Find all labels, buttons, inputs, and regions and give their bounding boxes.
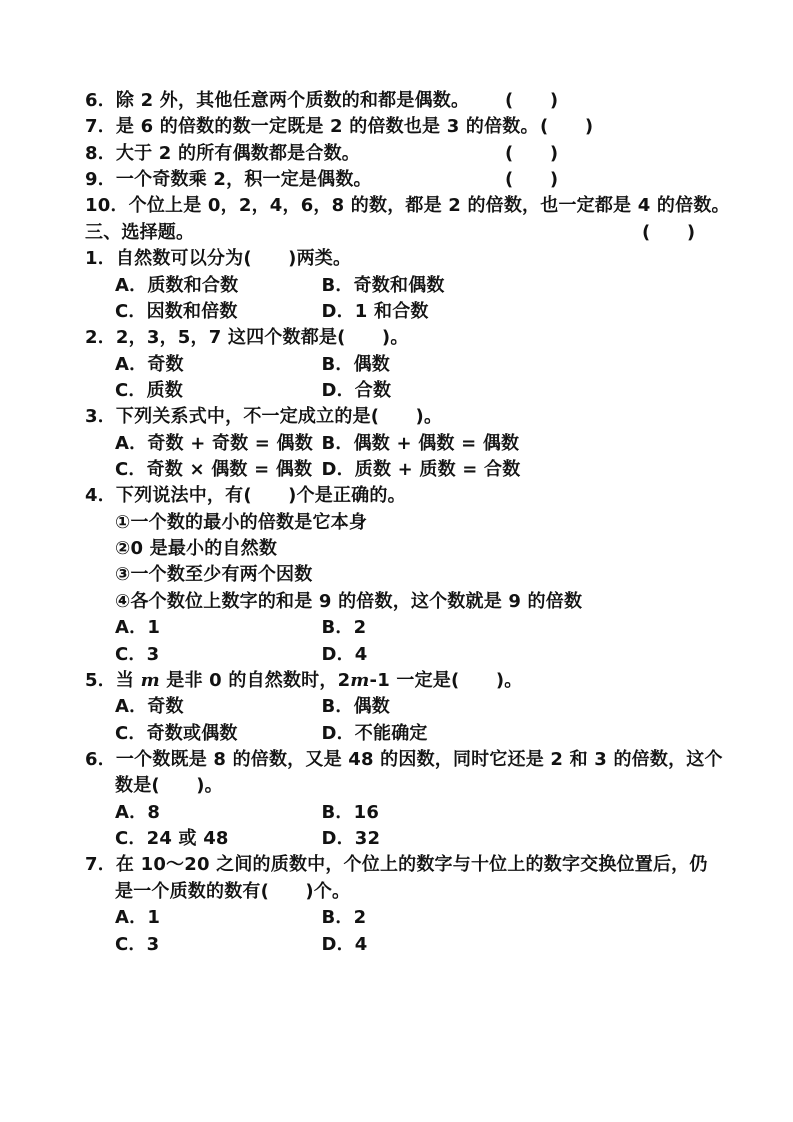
judge-question-7-answer-blank: ( ) <box>540 114 593 140</box>
judge-question-7: 7．是 6 的倍数的数一定既是 2 的倍数也是 3 的倍数。 ( ) <box>85 114 710 140</box>
option-a: A．奇数 <box>115 694 315 720</box>
choice-question-5-options-cd: C．奇数或偶数 D．不能确定 <box>85 721 710 747</box>
option-d: D．32 <box>321 828 380 849</box>
option-b: B．偶数 <box>321 696 390 717</box>
choice-question-1-options-cd: C．因数和倍数 D．1 和合数 <box>85 299 710 325</box>
option-d: D．合数 <box>321 380 391 401</box>
choice-question-2-stem-text: 2．2，3，5，7 这四个数都是( )。 <box>85 327 409 348</box>
judge-question-9-text: 9．一个奇数乘 2，积一定是偶数。 <box>85 169 372 190</box>
choice-question-4-options-ab: A．1 B．2 <box>85 615 710 641</box>
option-a: A．8 <box>115 800 315 826</box>
option-b: B．偶数 <box>321 354 390 375</box>
option-d: D．4 <box>321 644 367 665</box>
statement-3-text: ③一个数至少有两个因数 <box>115 564 312 585</box>
option-b: B．2 <box>321 617 366 638</box>
option-c: C．3 <box>115 642 315 668</box>
choice-question-5-stem-mid: 是非 0 的自然数时，2 <box>160 670 350 691</box>
choice-question-3-options-cd: C．奇数 × 偶数 = 偶数 D．质数 + 质数 = 合数 <box>85 457 710 483</box>
section-3-title: 三、选择题。 <box>85 220 710 246</box>
judge-question-9: 9．一个奇数乘 2，积一定是偶数。 ( ) <box>85 167 710 193</box>
option-c: C．24 或 48 <box>115 826 315 852</box>
option-a: A．1 <box>115 905 315 931</box>
choice-question-5-options-ab: A．奇数 B．偶数 <box>85 694 710 720</box>
choice-question-3-stem: 3．下列关系式中，不一定成立的是( )。 <box>85 404 710 430</box>
choice-question-6-options-ab: A．8 B．16 <box>85 800 710 826</box>
choice-question-2-options-cd: C．质数 D．合数 <box>85 378 710 404</box>
option-c: C．3 <box>115 932 315 958</box>
choice-question-1-stem-text: 1．自然数可以分为( )两类。 <box>85 248 351 269</box>
option-c: C．奇数 × 偶数 = 偶数 <box>115 457 315 483</box>
choice-question-7-options-cd: C．3 D．4 <box>85 932 710 958</box>
choice-question-6-stem-text-1: 6．一个数既是 8 的倍数，又是 48 的因数，同时它还是 2 和 3 的倍数，… <box>85 749 723 770</box>
option-a: A．1 <box>115 615 315 641</box>
option-d: D．不能确定 <box>321 723 427 744</box>
choice-question-6-stem-line2: 数是( )。 <box>85 773 710 799</box>
choice-question-5-stem-pre: 5．当 <box>85 670 141 691</box>
option-d: D．质数 + 质数 = 合数 <box>321 459 520 480</box>
choice-question-6-options-cd: C．24 或 48 D．32 <box>85 826 710 852</box>
option-b: B．2 <box>321 907 366 928</box>
option-c: C．因数和倍数 <box>115 299 315 325</box>
choice-question-4-statement-2: ②0 是最小的自然数 <box>85 536 710 562</box>
statement-2-text: ②0 是最小的自然数 <box>115 538 277 559</box>
statement-4-text: ④各个数位上数字的和是 9 的倍数，这个数就是 9 的倍数 <box>115 591 582 612</box>
choice-question-4-stem-text: 4．下列说法中，有( )个是正确的。 <box>85 485 406 506</box>
choice-question-5-stem-post: -1 一定是( )。 <box>370 670 523 691</box>
worksheet-content: 6．除 2 外，其他任意两个质数的和都是偶数。 ( ) 7．是 6 的倍数的数一… <box>85 88 710 958</box>
judge-question-8-answer-blank: ( ) <box>505 141 558 167</box>
judge-question-6: 6．除 2 外，其他任意两个质数的和都是偶数。 ( ) <box>85 88 710 114</box>
choice-question-4-options-cd: C．3 D．4 <box>85 642 710 668</box>
option-b: B．奇数和偶数 <box>321 275 444 296</box>
option-a: A．奇数 <box>115 352 315 378</box>
choice-question-4-stem: 4．下列说法中，有( )个是正确的。 <box>85 483 710 509</box>
statement-1-text: ①一个数的最小的倍数是它本身 <box>115 512 367 533</box>
choice-question-3-options-ab: A．奇数 + 奇数 = 偶数 B．偶数 + 偶数 = 偶数 <box>85 431 710 457</box>
option-c: C．质数 <box>115 378 315 404</box>
judge-question-7-text: 7．是 6 的倍数的数一定既是 2 的倍数也是 3 的倍数。 <box>85 116 539 137</box>
choice-question-7-stem-line1: 7．在 10～20 之间的质数中，个位上的数字与十位上的数字交换位置后，仍 <box>85 852 710 878</box>
option-b: B．16 <box>321 802 379 823</box>
choice-question-7-stem-text-2: 是一个质数的数有( )个。 <box>115 881 350 902</box>
option-c: C．奇数或偶数 <box>115 721 315 747</box>
judge-question-8: 8．大于 2 的所有偶数都是合数。 ( ) <box>85 141 710 167</box>
choice-question-7-options-ab: A．1 B．2 <box>85 905 710 931</box>
judge-question-8-text: 8．大于 2 的所有偶数都是合数。 <box>85 143 360 164</box>
choice-question-7-stem-text-1: 7．在 10～20 之间的质数中，个位上的数字与十位上的数字交换位置后，仍 <box>85 854 708 875</box>
option-a: A．质数和合数 <box>115 273 315 299</box>
variable-m: m <box>350 670 369 691</box>
choice-question-3-stem-text: 3．下列关系式中，不一定成立的是( )。 <box>85 406 442 427</box>
worksheet-page: 6．除 2 外，其他任意两个质数的和都是偶数。 ( ) 7．是 6 的倍数的数一… <box>0 0 793 1122</box>
section-3-title-text: 三、选择题。 <box>85 222 194 243</box>
judge-question-6-text: 6．除 2 外，其他任意两个质数的和都是偶数。 <box>85 90 469 111</box>
option-b: B．偶数 + 偶数 = 偶数 <box>321 433 519 454</box>
choice-question-4-statement-4: ④各个数位上数字的和是 9 的倍数，这个数就是 9 的倍数 <box>85 589 710 615</box>
judge-question-6-answer-blank: ( ) <box>505 88 558 114</box>
choice-question-6-stem-line1: 6．一个数既是 8 的倍数，又是 48 的因数，同时它还是 2 和 3 的倍数，… <box>85 747 710 773</box>
choice-question-1-options-ab: A．质数和合数 B．奇数和偶数 <box>85 273 710 299</box>
choice-question-4-statement-1: ①一个数的最小的倍数是它本身 <box>85 510 710 536</box>
choice-question-5-stem: 5．当 m 是非 0 的自然数时，2m-1 一定是( )。 <box>85 668 710 694</box>
choice-question-4-statement-3: ③一个数至少有两个因数 <box>85 562 710 588</box>
choice-question-1-stem: 1．自然数可以分为( )两类。 <box>85 246 710 272</box>
judge-question-10: 10．个位上是 0，2，4，6，8 的数，都是 2 的倍数，也一定都是 4 的倍… <box>85 193 710 219</box>
choice-question-2-stem: 2．2，3，5，7 这四个数都是( )。 <box>85 325 710 351</box>
option-d: D．1 和合数 <box>321 301 428 322</box>
option-d: D．4 <box>321 934 367 955</box>
choice-question-7-stem-line2: 是一个质数的数有( )个。 <box>85 879 710 905</box>
judge-question-10-text: 10．个位上是 0，2，4，6，8 的数，都是 2 的倍数，也一定都是 4 的倍… <box>85 195 730 216</box>
judge-question-9-answer-blank: ( ) <box>505 167 558 193</box>
option-a: A．奇数 + 奇数 = 偶数 <box>115 431 315 457</box>
choice-question-6-stem-text-2: 数是( )。 <box>115 775 223 796</box>
choice-question-2-options-ab: A．奇数 B．偶数 <box>85 352 710 378</box>
variable-m: m <box>141 670 160 691</box>
